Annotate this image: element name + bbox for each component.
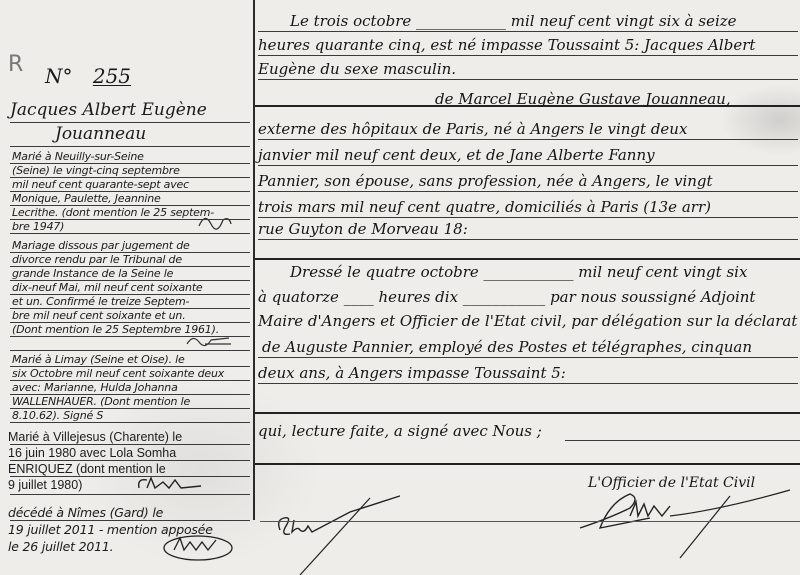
rule [10, 460, 250, 461]
text-line: à quatorze ____ heures dix ___________ p… [258, 290, 755, 305]
annotation-line: et un. Confirmé le treize Septem- [12, 296, 189, 307]
closing-line: qui, lecture faite, a signé avec Nous ; [258, 424, 542, 439]
rule [10, 233, 250, 234]
rule [258, 79, 798, 80]
rule [10, 122, 250, 123]
section-divider [255, 258, 800, 260]
annotation-line: divorce rendu par le Tribunal de [12, 254, 182, 265]
rule [258, 239, 798, 240]
rule [10, 266, 250, 267]
annotation-line: le 26 juillet 2011. [8, 541, 113, 554]
given-names: Jacques Albert Eugène [10, 100, 207, 120]
section-divider [255, 412, 800, 414]
rule [10, 177, 250, 178]
rule [258, 165, 798, 166]
annotation-line: six Octobre mil neuf cent soixante deux [12, 368, 224, 379]
rule [10, 191, 250, 192]
rule [10, 336, 250, 337]
annotation-line: 8.10.62). Signé S [12, 410, 103, 421]
section-divider [255, 463, 800, 465]
rule [10, 394, 250, 395]
number-label: N° [45, 64, 73, 88]
rule [258, 55, 798, 56]
text-line: Le trois octobre ____________ mil neuf c… [290, 14, 737, 29]
column-divider [253, 0, 255, 520]
rule [10, 219, 250, 220]
annotation-line: avec: Marianne, Hulda Johanna [12, 382, 178, 393]
act-number: N° 255 [45, 64, 131, 88]
annotation-line: WALLENHAUER. (Dont mention le [12, 396, 190, 407]
annotation-line: 9 juillet 1980) [8, 479, 82, 492]
initials-signature-icon [195, 210, 235, 232]
rule [10, 146, 250, 147]
annotation-line: dix-neuf Mai, mil neuf cent soixante [12, 282, 203, 293]
annotation-line: (Seine) le vingt-cinq septembre [12, 165, 180, 176]
text-line: janvier mil neuf cent deux, et de Jane A… [258, 148, 655, 163]
rule [258, 357, 798, 358]
annotation-line: Monique, Paulette, Jeannine [12, 193, 161, 204]
rule [10, 476, 250, 477]
annotation-line: bre mil neuf cent soixante et un. [12, 310, 186, 321]
annotation-line: Marié à Neuilly-sur-Seine [12, 151, 144, 162]
annotation-line: Marié à Villejesus (Charente) le [8, 431, 182, 444]
annotation-line: mil neuf cent quarante-sept avec [12, 179, 189, 190]
surname: Jouanneau [55, 124, 146, 144]
text-line: Eugène du sexe masculin. [258, 62, 456, 77]
rule [10, 322, 250, 323]
text-line: externe des hôpitaux de Paris, né à Ange… [258, 122, 687, 137]
rule [10, 520, 250, 521]
annotation-line: Lecrithe. (dont mention le 25 septem- [12, 207, 214, 218]
rule [10, 294, 250, 295]
annotation-line: Mariage dissous par jugement de [12, 240, 190, 251]
rule [260, 521, 800, 522]
rule [10, 408, 250, 409]
rule [258, 383, 798, 384]
text-line: Maire d'Angers et Officier de l'Etat civ… [258, 314, 797, 329]
annotation-line: bre 1947) [12, 221, 64, 232]
rule [10, 163, 250, 164]
officer-signature-icon [570, 488, 800, 563]
rule [10, 366, 250, 367]
text-line: trois mars mil neuf cent quatre, domicil… [258, 200, 711, 215]
text-line: de Marcel Eugène Gustave Jouanneau, [435, 92, 731, 107]
register-letter: R [8, 52, 23, 77]
rule [258, 191, 798, 192]
rule [10, 252, 250, 253]
text-line: deux ans, à Angers impasse Toussaint 5: [258, 366, 566, 381]
rule [10, 444, 250, 445]
rule [10, 494, 250, 495]
stamp-signature-icon [160, 532, 235, 564]
rule [565, 440, 800, 441]
rule [258, 139, 798, 140]
text-line: heures quarante cinq, est né impasse Tou… [258, 38, 755, 53]
annotation-line: 16 juin 1980 avec Lola Somha [8, 447, 176, 460]
scanned-register-page: R N° 255 Jacques Albert Eugène Jouanneau… [0, 0, 800, 575]
text-line: rue Guyton de Morveau 18: [258, 222, 468, 237]
signature-icon [185, 332, 235, 348]
annotation-line: Marié à Limay (Seine et Oise). le [12, 354, 185, 365]
annotation-line: décédé à Nîmes (Gard) le [8, 507, 163, 520]
declarant-signature-icon [270, 490, 400, 575]
number-value: 255 [93, 64, 131, 88]
rule [10, 350, 250, 351]
rule [10, 308, 250, 309]
rule [10, 280, 250, 281]
text-line: Dressé le quatre octobre ____________ mi… [290, 265, 747, 280]
text-line: de Auguste Pannier, employé des Postes e… [262, 340, 752, 355]
annotation-line: grande Instance de la Seine le [12, 268, 173, 279]
rule [10, 422, 250, 423]
rule [10, 380, 250, 381]
text-line: Pannier, son épouse, sans profession, né… [258, 174, 713, 189]
rule [10, 205, 250, 206]
rule [258, 217, 798, 218]
rule [258, 31, 798, 32]
